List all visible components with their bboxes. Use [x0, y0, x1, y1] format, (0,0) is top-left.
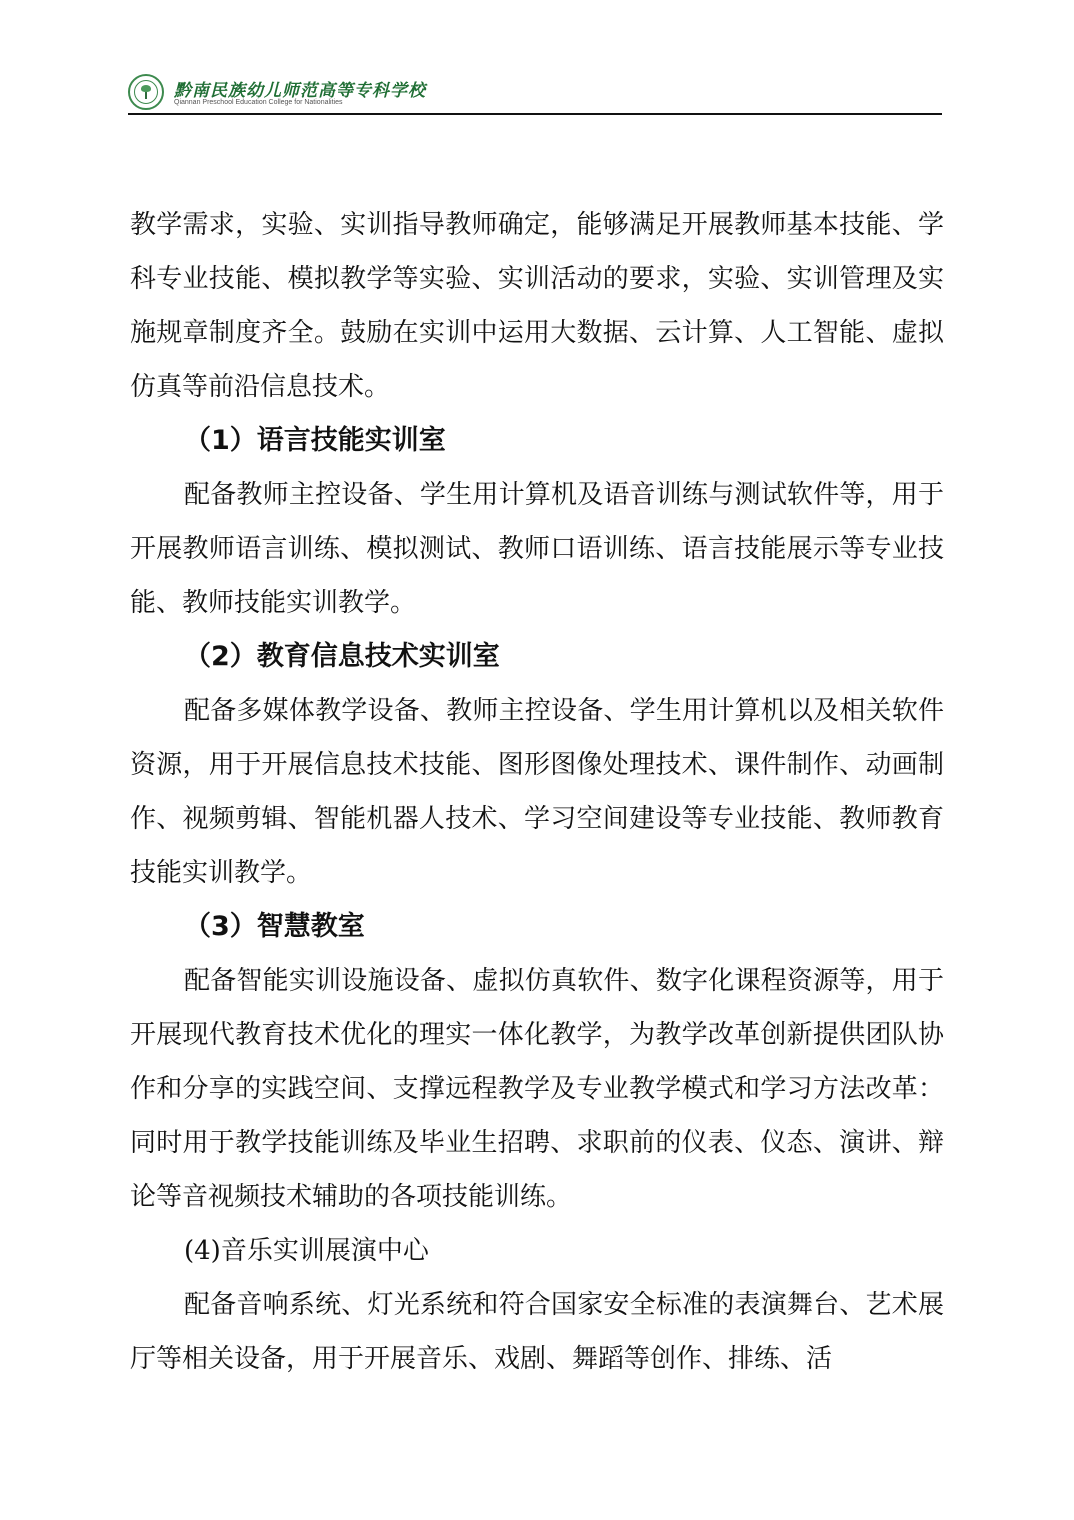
intro-paragraph: 教学需求，实验、实训指导教师确定，能够满足开展教师基本技能、学科专业技能、模拟教…: [130, 198, 944, 414]
section-text-info-tech-lab: 配备多媒体教学设备、教师主控设备、学生用计算机以及相关软件资源，用于开展信息技术…: [130, 684, 944, 900]
school-name-en: Qiannan Preschool Education College for …: [174, 99, 343, 106]
section-heading-music-center: (4)音乐实训展演中心: [130, 1224, 944, 1278]
school-name-cn: 黔南民族幼儿师范高等专科学校: [174, 76, 426, 101]
school-emblem-icon: [128, 74, 164, 110]
section-heading-smart-classroom: （3）智慧教室: [130, 900, 944, 954]
section-text-music-center: 配备音响系统、灯光系统和符合国家安全标准的表演舞台、艺术展厅等相关设备，用于开展…: [130, 1278, 944, 1386]
section-text-smart-classroom: 配备智能实训设施设备、虚拟仿真软件、数字化课程资源等，用于开展现代教育技术优化的…: [130, 954, 944, 1224]
tree-icon: [141, 85, 151, 99]
section-heading-language-lab: （1）语言技能实训室: [130, 414, 944, 468]
header-divider: [128, 113, 942, 115]
section-text-language-lab: 配备教师主控设备、学生用计算机及语音训练与测试软件等，用于开展教师语言训练、模拟…: [130, 468, 944, 630]
page-header: 黔南民族幼儿师范高等专科学校 Qiannan Preschool Educati…: [128, 72, 942, 114]
emblem-inner-ring: [134, 80, 158, 104]
document-body: 教学需求，实验、实训指导教师确定，能够满足开展教师基本技能、学科专业技能、模拟教…: [130, 198, 944, 1386]
section-heading-info-tech-lab: （2）教育信息技术实训室: [130, 630, 944, 684]
